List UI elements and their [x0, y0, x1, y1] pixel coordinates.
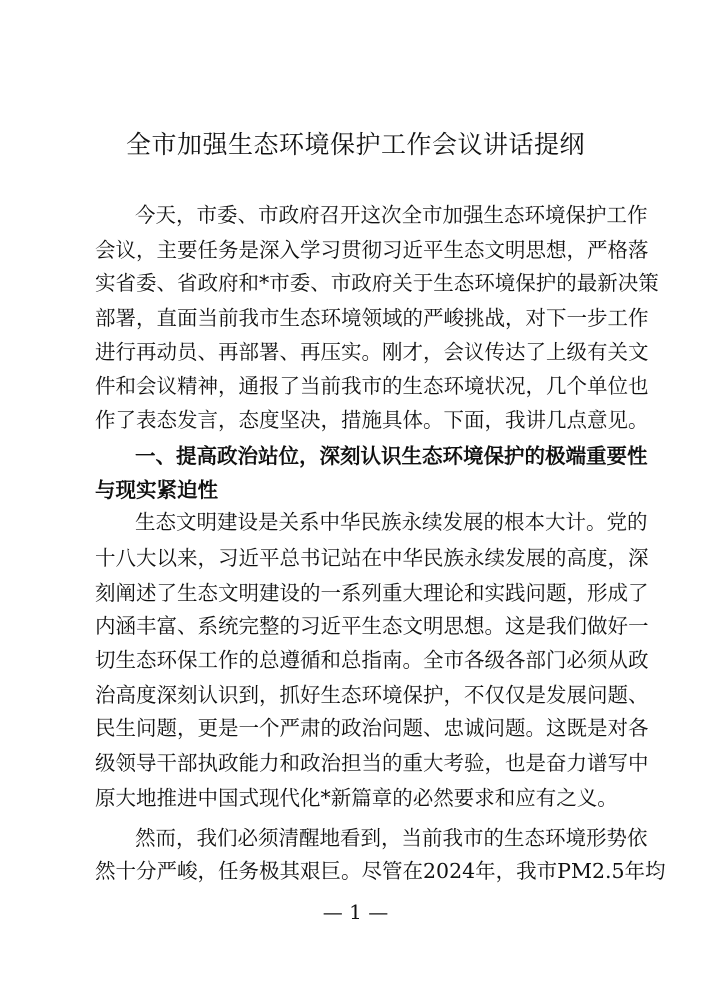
paragraph-3-line-2: 然十分严峻，任务极其艰巨。尽管在2024年，我市PM2.5年均 — [95, 857, 628, 885]
paragraph-1-line-5: 进行再动员、再部署、再压实。刚才，会议传达了上级有关文 — [95, 338, 628, 366]
paragraph-2-line-7: 民生问题，更是一个严肃的政治问题、忠诚问题。这既是对各 — [95, 714, 628, 742]
document-page: 全市加强生态环境保护工作会议讲话提纲 今天，市委、市政府召开这次全市加强生态环境… — [0, 0, 711, 1006]
paragraph-2-line-2: 十八大以来，习近平总书记站在中华民族永续发展的高度，深 — [95, 544, 628, 572]
document-title: 全市加强生态环境保护工作会议讲话提纲 — [0, 127, 711, 163]
section-heading-1-line-2: 与现实紧迫性 — [95, 476, 628, 504]
paragraph-1-line-3: 实省委、省政府和*市委、市政府关于生态环境保护的最新决策 — [95, 269, 628, 297]
page-number: — 1 — — [0, 898, 711, 926]
paragraph-3-line-1: 然而，我们必须清醒地看到，当前我市的生态环境形势依 — [135, 824, 628, 852]
paragraph-2-line-5: 切生态环保工作的总遵循和总指南。全市各级各部门必须从政 — [95, 646, 628, 674]
paragraph-1-line-4: 部署，直面当前我市生态环境领域的严峻挑战，对下一步工作 — [95, 304, 628, 332]
paragraph-1-line-2: 会议，主要任务是深入学习贯彻习近平生态文明思想，严格落 — [95, 236, 628, 264]
paragraph-2-line-1: 生态文明建设是关系中华民族永续发展的根本大计。党的 — [135, 508, 628, 536]
paragraph-1-line-6: 件和会议精神，通报了当前我市的生态环境状况，几个单位也 — [95, 372, 628, 400]
paragraph-2-line-8: 级领导干部执政能力和政治担当的重大考验，也是奋力谱写中 — [95, 749, 628, 777]
section-heading-1-line-1: 一、提高政治站位，深刻认识生态环境保护的极端重要性 — [135, 442, 628, 470]
paragraph-2-line-3: 刻阐述了生态文明建设的一系列重大理论和实践问题，形成了 — [95, 579, 628, 607]
paragraph-1-line-7: 作了表态发言，态度坚决，措施具体。下面，我讲几点意见。 — [95, 406, 628, 434]
paragraph-2-line-9: 原大地推进中国式现代化*新篇章的必然要求和应有之义。 — [95, 784, 628, 812]
paragraph-2-line-4: 内涵丰富、系统完整的习近平生态文明思想。这是我们做好一 — [95, 612, 628, 640]
paragraph-1-line-1: 今天，市委、市政府召开这次全市加强生态环境保护工作 — [135, 201, 628, 229]
paragraph-2-line-6: 治高度深刻认识到，抓好生态环境保护，不仅仅是发展问题、 — [95, 681, 628, 709]
